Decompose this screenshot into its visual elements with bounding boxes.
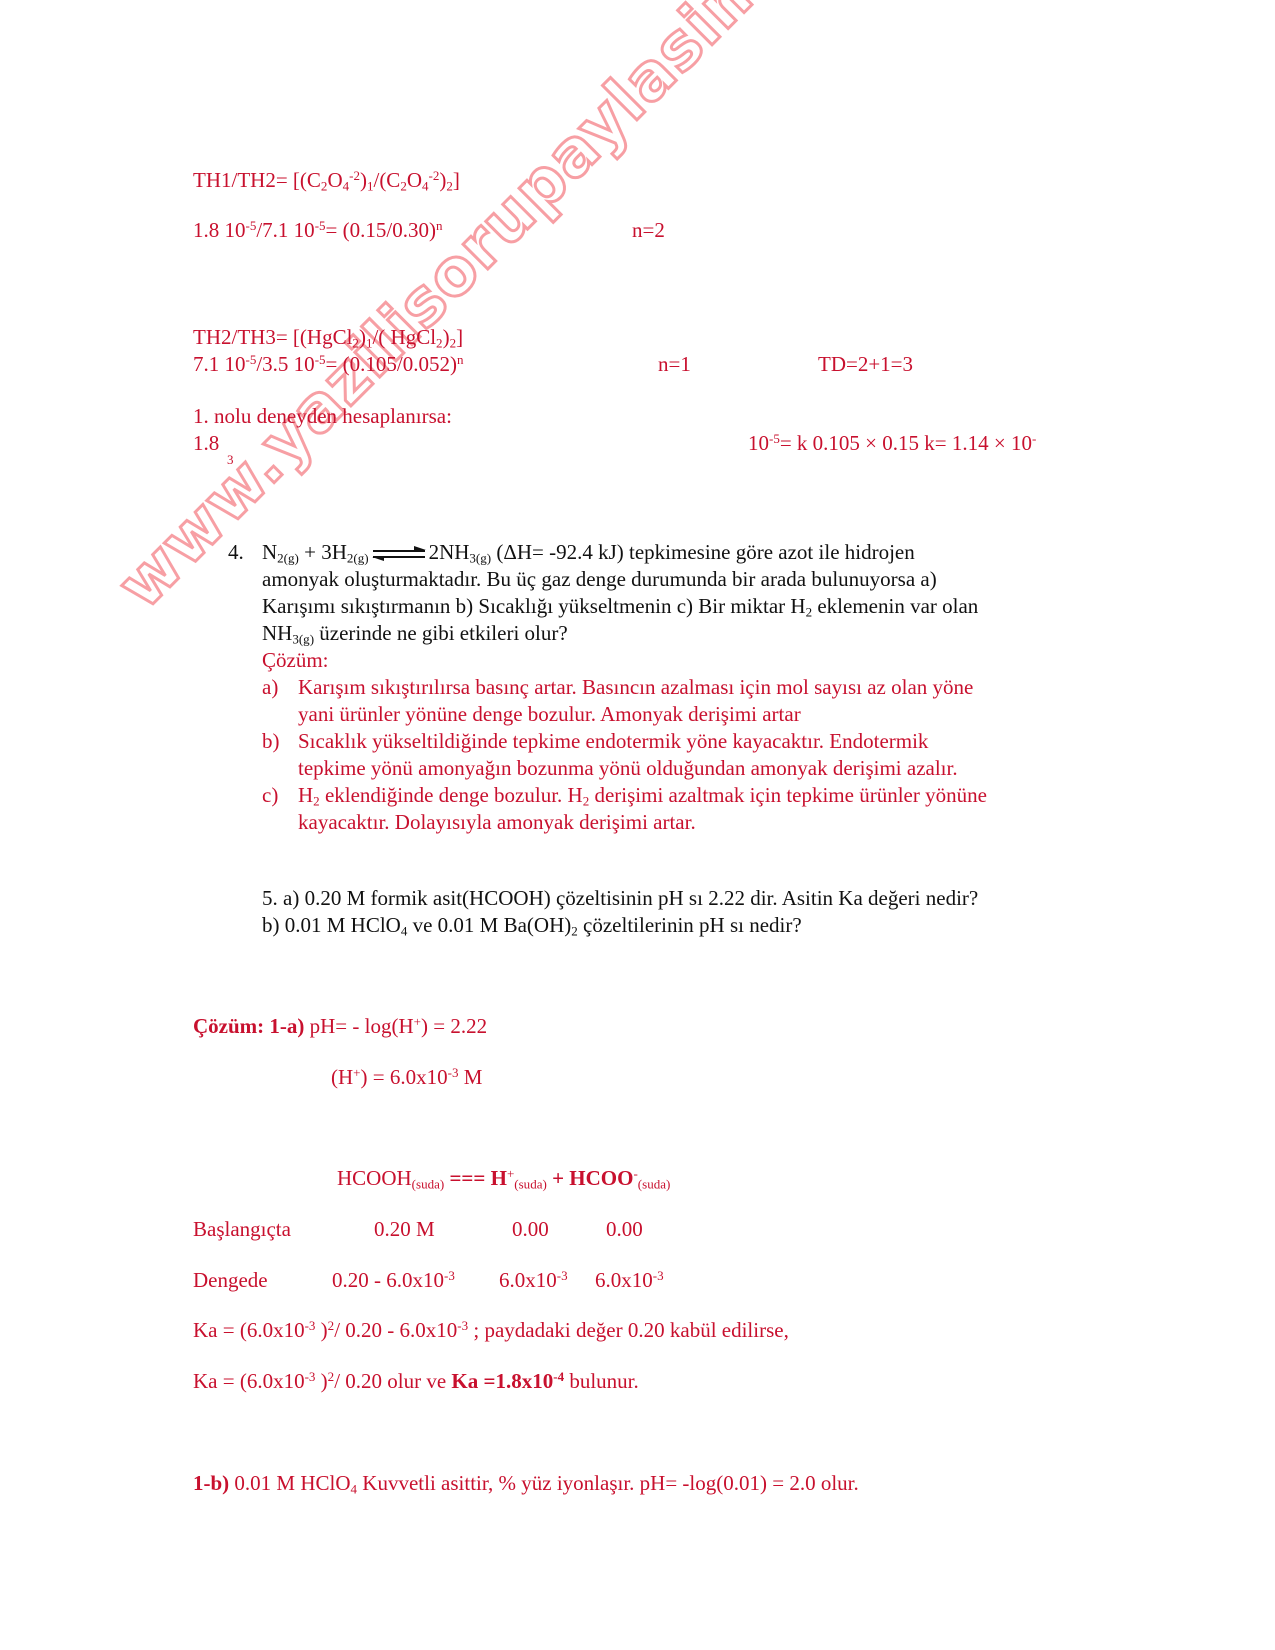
answer-a-line-2: yani ürünler yönüne denge bozulur. Amony…	[298, 702, 801, 727]
order-result-2: n=1	[658, 352, 691, 377]
initial-value-h: 0.00	[512, 1217, 549, 1242]
answer-c-line-2: kayacaktır. Dolayısıyla amonyak derişimi…	[298, 810, 696, 835]
calc-value-a: 1.8	[193, 431, 219, 456]
solution-ph-line: Çözüm: 1-a) pH= - log(H+) = 2.22	[193, 1014, 487, 1039]
equilibrium-label: Dengede	[193, 1268, 268, 1293]
th2-th3-ratio: TH2/TH3= [(HgCl2)1/( HgCl2)2]	[193, 325, 463, 351]
equilibrium-arrow-icon	[373, 547, 425, 561]
answer-b-line-1: Sıcaklık yükseltildiğinde tepkime endote…	[298, 729, 928, 754]
part-b-solution: 1-b) 0.01 M HClO4 Kuvvetli asittir, % yü…	[193, 1471, 859, 1497]
initial-label: Başlangıçta	[193, 1217, 291, 1242]
h-concentration: (H+) = 6.0x10-3 M	[331, 1065, 482, 1090]
calc-heading: 1. nolu deneyden hesaplanırsa:	[193, 404, 452, 429]
equilibrium-value-h: 6.0x10-3	[499, 1268, 568, 1293]
answer-b-line-2: tepkime yönü amonyağın bozunma yönü oldu…	[298, 756, 958, 781]
total-order: TD=2+1=3	[818, 352, 913, 377]
question-5b: b) 0.01 M HClO4 ve 0.01 M Ba(OH)2 çözelt…	[262, 913, 802, 939]
answer-a-line-1: Karışım sıkıştırılırsa basınç artar. Bas…	[298, 675, 973, 700]
question-4-line-3: Karışımı sıkıştırmanın b) Sıcaklığı yüks…	[262, 594, 978, 620]
rate-constant-calc: 10-5= k 0.105 × 0.15 k= 1.14 × 10-	[748, 431, 1036, 456]
watermark: www.yazilisorupaylasimi.com	[104, 0, 793, 623]
answer-a-marker: a)	[262, 675, 278, 700]
equilibrium-value-anion: 6.0x10-3	[595, 1268, 664, 1293]
answer-c-line-1: H2 eklendiğinde denge bozulur. H2 derişi…	[298, 783, 987, 809]
question-4-equation: N2(g) + 3H2(g)2NH3(g) (ΔH= -92.4 kJ) tep…	[262, 540, 915, 566]
question-4-line-2: amonyak oluşturmaktadır. Bu üç gaz denge…	[262, 567, 937, 592]
answer-c-marker: c)	[262, 783, 278, 808]
dissociation-reaction: HCOOH(suda) === H+(suda) + HCOO-(suda)	[337, 1166, 670, 1192]
question-4-line-4: NH3(g) üzerinde ne gibi etkileri olur?	[262, 621, 568, 647]
question-5a: 5. a) 0.20 M formik asit(HCOOH) çözeltis…	[262, 886, 978, 911]
calc-subscript: 3	[227, 452, 234, 468]
ka-expression: Ka = (6.0x10-3 )2/ 0.20 - 6.0x10-3 ; pay…	[193, 1318, 789, 1343]
initial-value-anion: 0.00	[606, 1217, 643, 1242]
ka-result: Ka = (6.0x10-3 )2/ 0.20 olur ve Ka =1.8x…	[193, 1369, 639, 1394]
equilibrium-value-acid: 0.20 - 6.0x10-3	[332, 1268, 455, 1293]
ratio-equation-2: 7.1 10-5/3.5 10-5= (0.105/0.052)n	[193, 352, 463, 377]
question-4-number: 4.	[228, 540, 244, 565]
solution-label: Çözüm: 1-a)	[193, 1014, 304, 1038]
initial-value-acid: 0.20 M	[374, 1217, 435, 1242]
ratio-equation-1: 1.8 10-5/7.1 10-5= (0.15/0.30)n	[193, 218, 442, 243]
question-4-solution-label: Çözüm:	[262, 648, 329, 673]
th1-th2-ratio: TH1/TH2= [(C2O4-2)1/(C2O4-2)2]	[193, 168, 460, 194]
answer-b-marker: b)	[262, 729, 280, 754]
order-result-1: n=2	[632, 218, 665, 243]
